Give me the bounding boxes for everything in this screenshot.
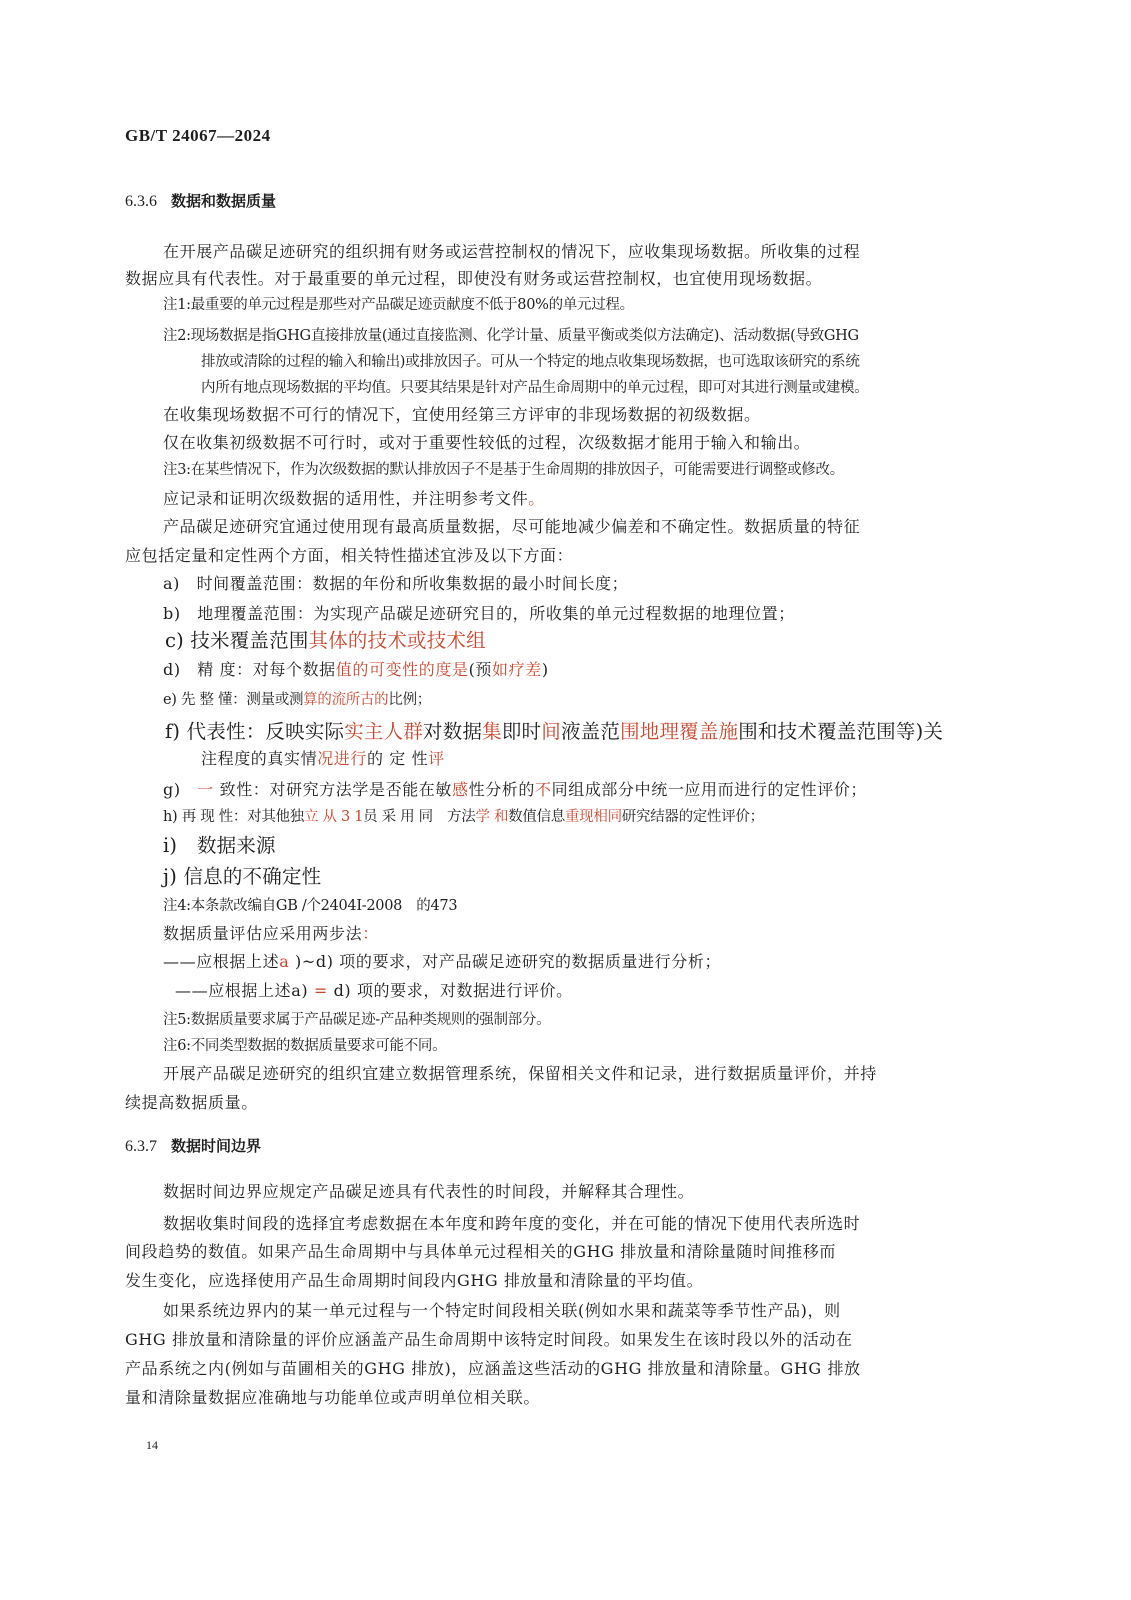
section-heading-6-3-6: 6.3.6数据和数据质量	[125, 190, 276, 211]
text-segment: 注1:最重要的单元过程是那些对产品碳足迹贡献度不低于80%的单元过程。	[163, 297, 634, 313]
text-segment: 应记录和证明次级数据的适用性，并注明参考文件	[163, 489, 528, 508]
text-line: 注1:最重要的单元过程是那些对产品碳足迹贡献度不低于80%的单元过程。	[163, 293, 634, 314]
text-segment: 注4:本条款改编自GB /个2404I-2008 的473	[163, 898, 457, 914]
text-segment: ——应根据上述	[163, 952, 279, 971]
text-segment: 的 定 性	[367, 749, 428, 768]
text-segment: GHG 排放量和清除量的评价应涵盖产品生命周期中该特定时间段。如果发生在该时段以…	[125, 1330, 853, 1349]
text-segment: 开展产品碳足迹研究的组织宜建立数据管理系统，保留相关文件和记录，进行数据质量评价…	[163, 1064, 877, 1083]
text-segment: 在开展产品碳足迹研究的组织拥有财务或运营控制权的情况下，应收集现场数据。所收集的…	[163, 242, 860, 261]
text-segment: e) 先 整 懂：测量或测	[163, 692, 303, 708]
text-segment: 数据应具有代表性。对于最重要的单元过程，即使没有财务或运营控制权，也宜使用现场数…	[125, 269, 822, 288]
text-line: 间段趋势的数值。如果产品生命周期中与具体单元过程相关的GHG 排放量和清除量随时…	[125, 1239, 836, 1262]
text-segment: 量和清除量数据应准确地与功能单位或声明单位相关联。	[125, 1388, 540, 1407]
text-segment: 注3:在某些情况下，作为次级数据的默认排放因子不是基于生命周期的排放因子，可能需…	[163, 462, 844, 478]
text-segment: 应包括定量和定性两个方面，相关特性描述宜涉及以下方面：	[125, 546, 573, 565]
text-line: 数据时间边界应规定产品碳足迹具有代表性的时间段，并解释其合理性。	[163, 1179, 694, 1202]
section-number: 6.3.7	[125, 1138, 157, 1155]
text-line: f) 代表性：反映实际实主人群对数据集即时间液盖范围地理覆盖施围和技术覆盖范围等…	[165, 716, 943, 744]
text-segment: 性分析的	[469, 780, 535, 799]
text-segment: )~d) 项的要求，对产品碳足迹研究的数据质量进行分析；	[289, 952, 721, 971]
section-title: 数据时间边界	[171, 1137, 261, 1155]
text-line: 应包括定量和定性两个方面，相关特性描述宜涉及以下方面：	[125, 543, 573, 566]
highlighted-text: 值的可变性的度是	[336, 660, 469, 679]
text-segment: 即时	[502, 720, 541, 743]
text-segment: f) 代表性：反映实际	[165, 720, 344, 743]
text-line: 注6:不同类型数据的数据质量要求可能不同。	[163, 1034, 446, 1055]
text-segment: 数据收集时间段的选择宜考虑数据在本年度和跨年度的变化，并在可能的情况下使用代表所…	[163, 1214, 860, 1233]
highlighted-text: 如疗差	[492, 660, 542, 679]
text-segment: 间段趋势的数值。如果产品生命周期中与具体单元过程相关的GHG 排放量和清除量随时…	[125, 1242, 836, 1261]
text-line: 开展产品碳足迹研究的组织宜建立数据管理系统，保留相关文件和记录，进行数据质量评价…	[163, 1061, 877, 1084]
text-line: 如果系统边界内的某一单元过程与一个特定时间段相关联(例如水果和蔬菜等季节性产品)…	[163, 1298, 841, 1321]
text-line: e) 先 整 懂：测量或测算的流所古的比例；	[163, 688, 431, 709]
text-segment: d) 项的要求，对数据进行评价。	[328, 981, 573, 1000]
text-segment: 排放或清除的过程的输入和输出)或排放因子。可从一个特定的地点收集现场数据，也可选…	[201, 354, 860, 370]
highlighted-text: 其体的技术或技术组	[309, 629, 486, 652]
text-line: 续提高数据质量。	[125, 1090, 258, 1113]
text-line: GHG 排放量和清除量的评价应涵盖产品生命周期中该特定时间段。如果发生在该时段以…	[125, 1327, 853, 1350]
highlighted-text: 集	[482, 720, 502, 743]
highlighted-text: 算的流所古的	[303, 692, 388, 708]
text-segment: 注5:数据质量要求属于产品碳足迹-产品种类规则的强制部分。	[163, 1012, 550, 1028]
text-segment: 数据时间边界应规定产品碳足迹具有代表性的时间段，并解释其合理性。	[163, 1182, 694, 1201]
text-segment: 在收集现场数据不可行的情况下，宜使用经第三方评审的非现场数据的初级数据。	[163, 405, 761, 424]
text-line: 注4:本条款改编自GB /个2404I-2008 的473	[163, 894, 457, 915]
highlighted-text: =	[314, 981, 328, 1000]
highlighted-text: 学 和	[475, 809, 508, 825]
text-line: j) 信息的不确定性	[163, 861, 321, 889]
text-segment: 研究结器的定性评价；	[622, 809, 764, 825]
text-segment: 员 采 用 同 方法	[363, 809, 475, 825]
text-segment: h) 再 现 性：对其他独	[163, 809, 304, 825]
text-segment: 仅在收集初级数据不可行时，或对于重要性较低的过程，次级数据才能用于输入和输出。	[163, 433, 810, 452]
text-line: 注程度的真实情况进行的 定 性评	[201, 746, 445, 769]
text-segment: 对数据	[423, 720, 482, 743]
standard-number: GB/T 24067—2024	[125, 126, 271, 146]
text-segment: a) 时间覆盖范围：数据的年份和所收集数据的最小时间长度；	[163, 574, 628, 593]
highlighted-text: 。	[528, 489, 545, 508]
text-line: 产品系统之内(例如与苗圃相关的GHG 排放)，应涵盖这些活动的GHG 排放量和清…	[125, 1356, 861, 1379]
highlighted-text: 不	[535, 780, 552, 799]
text-segment: 发生变化，应选择使用产品生命周期时间段内GHG 排放量和清除量的平均值。	[125, 1271, 703, 1290]
highlighted-text: ：	[362, 924, 379, 943]
highlighted-text: 实主人群	[344, 720, 423, 743]
text-line: a) 时间覆盖范围：数据的年份和所收集数据的最小时间长度；	[163, 571, 628, 594]
section-heading-6-3-7: 6.3.7数据时间边界	[125, 1135, 261, 1156]
text-line: 仅在收集初级数据不可行时，或对于重要性较低的过程，次级数据才能用于输入和输出。	[163, 430, 810, 453]
text-segment: 比例；	[388, 692, 431, 708]
page-number: 14	[146, 1438, 158, 1453]
text-line: 排放或清除的过程的输入和输出)或排放因子。可从一个特定的地点收集现场数据，也可选…	[201, 350, 860, 371]
text-segment: c) 技米覆盖范围	[165, 629, 309, 652]
text-segment: 同组成部分中统一应用而进行的定性评价；	[552, 780, 867, 799]
highlighted-text: 立 从 3 1	[304, 809, 363, 825]
text-segment: 产品系统之内(例如与苗圃相关的GHG 排放)，应涵盖这些活动的GHG 排放量和清…	[125, 1359, 861, 1378]
highlighted-text: a	[279, 952, 289, 971]
text-line: ——应根据上述a )~d) 项的要求，对产品碳足迹研究的数据质量进行分析；	[163, 949, 721, 972]
highlighted-text: 况进行	[317, 749, 367, 768]
text-line: i) 数据来源	[163, 830, 276, 858]
highlighted-text: 间	[541, 720, 561, 743]
text-segment: 内所有地点现场数据的平均值。只要其结果是针对产品生命周期中的单元过程，即可对其进…	[201, 380, 868, 396]
text-line: 应记录和证明次级数据的适用性，并注明参考文件。	[163, 486, 545, 509]
text-segment: 续提高数据质量。	[125, 1093, 258, 1112]
text-line: 量和清除量数据应准确地与功能单位或声明单位相关联。	[125, 1385, 540, 1408]
highlighted-text: 评	[428, 749, 445, 768]
text-segment: 液盖范	[561, 720, 620, 743]
text-segment: i) 数据来源	[163, 834, 276, 857]
text-line: d) 精 度：对每个数据值的可变性的度是(预如疗差)	[163, 657, 549, 680]
text-line: 注5:数据质量要求属于产品碳足迹-产品种类规则的强制部分。	[163, 1008, 550, 1029]
text-line: 注3:在某些情况下，作为次级数据的默认排放因子不是基于生命周期的排放因子，可能需…	[163, 458, 844, 479]
highlighted-text: 重现相同	[565, 809, 622, 825]
highlighted-text: 感	[452, 780, 469, 799]
text-segment: 注程度的真实情	[201, 749, 317, 768]
highlighted-text: 一	[197, 780, 214, 799]
text-line: 数据质量评估应采用两步法：	[163, 921, 379, 944]
text-segment: 注2:现场数据是指GHG直接排放量(通过直接监测、化学计量、质量平衡或类似方法确…	[163, 328, 859, 344]
text-line: 数据应具有代表性。对于最重要的单元过程，即使没有财务或运营控制权，也宜使用现场数…	[125, 266, 822, 289]
text-segment: )	[542, 660, 549, 679]
text-line: h) 再 现 性：对其他独立 从 3 1员 采 用 同 方法学 和数值信息重现相…	[163, 805, 764, 826]
text-segment: ——应根据上述a)	[175, 981, 314, 1000]
text-segment: (预	[469, 660, 492, 679]
text-segment: g)	[163, 780, 197, 799]
text-segment: d) 精 度：对每个数据	[163, 660, 336, 679]
text-line: 在收集现场数据不可行的情况下，宜使用经第三方评审的非现场数据的初级数据。	[163, 402, 761, 425]
text-segment: 围和技术覆盖范围等)关	[738, 720, 943, 743]
highlighted-text: 围地理覆盖施	[620, 720, 738, 743]
text-segment: 数据质量评估应采用两步法	[163, 924, 362, 943]
text-segment: b) 地理覆盖范围：为实现产品碳足迹研究目的，所收集的单元过程数据的地理位置；	[163, 604, 795, 623]
text-line: c) 技米覆盖范围其体的技术或技术组	[165, 625, 486, 653]
text-segment: 如果系统边界内的某一单元过程与一个特定时间段相关联(例如水果和蔬菜等季节性产品)…	[163, 1301, 841, 1320]
text-segment: 注6:不同类型数据的数据质量要求可能不同。	[163, 1038, 446, 1054]
text-segment: j) 信息的不确定性	[163, 865, 321, 888]
text-line: 在开展产品碳足迹研究的组织拥有财务或运营控制权的情况下，应收集现场数据。所收集的…	[163, 239, 860, 262]
text-line: 注2:现场数据是指GHG直接排放量(通过直接监测、化学计量、质量平衡或类似方法确…	[163, 324, 859, 345]
text-line: b) 地理覆盖范围：为实现产品碳足迹研究目的，所收集的单元过程数据的地理位置；	[163, 601, 795, 624]
text-line: g) 一 致性：对研究方法学是否能在敏感性分析的不同组成部分中统一应用而进行的定…	[163, 777, 867, 800]
text-line: 数据收集时间段的选择宜考虑数据在本年度和跨年度的变化，并在可能的情况下使用代表所…	[163, 1211, 860, 1234]
text-line: ——应根据上述a) = d) 项的要求，对数据进行评价。	[175, 978, 573, 1001]
text-line: 产品碳足迹研究宜通过使用现有最高质量数据，尽可能地减少偏差和不确定性。数据质量的…	[163, 514, 860, 537]
section-number: 6.3.6	[125, 193, 157, 210]
text-segment: 致性：对研究方法学是否能在敏	[214, 780, 452, 799]
text-line: 发生变化，应选择使用产品生命周期时间段内GHG 排放量和清除量的平均值。	[125, 1268, 703, 1291]
text-segment: 数值信息	[508, 809, 565, 825]
section-title: 数据和数据质量	[171, 192, 276, 210]
text-line: 内所有地点现场数据的平均值。只要其结果是针对产品生命周期中的单元过程，即可对其进…	[201, 376, 868, 397]
text-segment: 产品碳足迹研究宜通过使用现有最高质量数据，尽可能地减少偏差和不确定性。数据质量的…	[163, 517, 860, 536]
